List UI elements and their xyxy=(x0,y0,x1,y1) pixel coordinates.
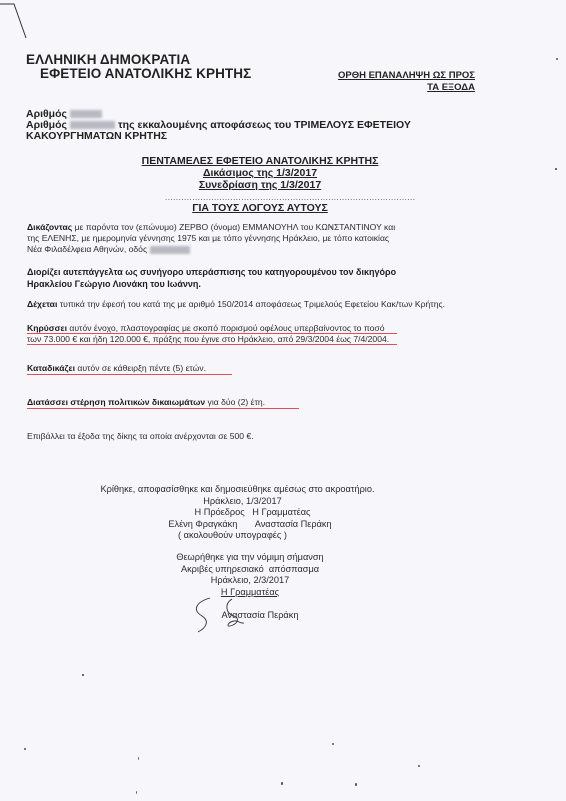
scan-speck xyxy=(138,757,139,760)
paragraph-accepts-appeal: Δέχεται τυπικά την έφεσή του κατά της με… xyxy=(27,299,445,310)
redacted-number-2 xyxy=(70,121,115,129)
scan-speck xyxy=(555,168,557,170)
sentence-text: αυτόν σε κάθειρξη πέντε (5) ετών. xyxy=(75,363,206,373)
redacted-address xyxy=(150,246,190,254)
adjudicating-line3: Νέα Φιλαδέλφεια Αθηνών, οδός xyxy=(27,244,147,254)
court-name: ΠΕΝΤΑΜΕΛΕΣ ΕΦΕΤΕΙΟ ΑΝΑΤΟΛΙΚΗΣ ΚΡΗΤΗΣ xyxy=(100,155,420,167)
adjudicating-line2: της ΕΛΕΝΗΣ, με ημερομηνία γέννησης 1975 … xyxy=(27,233,395,244)
accepts-text: τυπικά την έφεσή του κατά της με αριθμό … xyxy=(57,299,445,309)
paragraph-adjudicating: Δικάζοντας με παρόντα τον (επώνυμο) ΖΕΡΒ… xyxy=(27,222,395,255)
correction-note: ΟΡΘΗ ΕΠΑΝΑΛΗΨΗ ΩΣ ΠΡΟΣ ΤΑ ΕΞΟΔΑ xyxy=(310,70,475,94)
reference-numbers: Αριθμός Αριθμόςτης εκκαλουμένης αποφάσεω… xyxy=(26,109,411,142)
adjudicating-line1: με παρόντα τον (επώνυμο) ΖΕΡΒΟ (όνομα) Ε… xyxy=(72,222,395,232)
header-republic: ΕΛΛΗΝΙΚΗ ΔΗΜΟΚΡΑΤΙΑ xyxy=(26,52,190,67)
hearing-date: Δικάσιμος της 1/3/2017 xyxy=(100,167,420,179)
scan-speck xyxy=(281,782,283,785)
accepts-bold: Δέχεται xyxy=(27,299,57,309)
reference-line-3: ΚΑΚΟΥΡΓΗΜΑΤΩΝ ΚΡΗΤΗΣ xyxy=(26,131,411,142)
document-page: ΕΛΛΗΝΙΚΗ ΔΗΜΟΚΡΑΤΙΑ ΕΦΕΤΕΙΟ ΑΝΑΤΟΛΙΚΗΣ Κ… xyxy=(0,0,566,801)
closing-signatures-note: ( ακολουθούν υπογραφές ) xyxy=(40,530,435,542)
header-court: ΕΦΕΤΕΙΟ ΑΝΑΤΟΛΙΚΗΣ ΚΡΗΤΗΣ xyxy=(40,66,251,81)
declares-bold: Κηρύσσει xyxy=(27,323,67,333)
closing-block: Κρίθηκε, αποφασίσθηκε και δημοσιεύθηκε α… xyxy=(40,484,435,542)
redacted-number-1 xyxy=(70,110,102,118)
paragraph-appoints-counsel: Διορίζει αυτεπάγγελτα ως συνήγορο υπεράσ… xyxy=(27,266,396,290)
cert-line2: Ακριβές υπηρεσιακό απόσπασμα xyxy=(140,564,360,576)
declares-line1: αυτόν ένοχο, πλαστογραφίας με σκοπό πορι… xyxy=(67,323,385,333)
appoints-line1: Διορίζει αυτεπάγγελτα ως συνήγορο υπεράσ… xyxy=(27,266,396,278)
scan-speck xyxy=(355,783,357,786)
cert-line1: Θεωρήθηκε για την νόμιμη σήμανση xyxy=(140,552,360,564)
reasons-heading: ΓΙΑ ΤΟΥΣ ΛΟΓΟΥΣ ΑΥΤΟΥΣ xyxy=(140,202,380,214)
red-underline-guilty-2 xyxy=(27,344,397,345)
paragraph-costs: Επιβάλλει τα έξοδα της δίκης τα οποία αν… xyxy=(27,431,254,442)
red-underline-guilty-1 xyxy=(27,333,397,334)
adjudicating-bold: Δικάζοντας xyxy=(27,222,72,232)
civil-rights-bold: Διατάσσει στέρηση πολιτικών δικαιωμάτων xyxy=(27,397,205,407)
correction-note-line1: ΟΡΘΗ ΕΠΑΝΑΛΗΨΗ ΩΣ ΠΡΟΣ xyxy=(310,70,475,82)
scan-speck xyxy=(556,58,558,60)
scan-speck xyxy=(136,791,137,794)
red-underline-sentence xyxy=(27,374,232,375)
closing-roles: Η Πρόεδρος Η Γραμματέας xyxy=(40,507,435,519)
appoints-line2: Ηρακλείου Γεώργιο Λιονάκη του Ιωάννη. xyxy=(27,278,396,290)
court-block: ΠΕΝΤΑΜΕΛΕΣ ΕΦΕΤΕΙΟ ΑΝΑΤΟΛΙΚΗΣ ΚΡΗΤΗΣ Δικ… xyxy=(100,155,420,191)
sentence-bold: Καταδικάζει xyxy=(27,363,75,373)
scan-speck xyxy=(332,743,334,745)
closing-line1: Κρίθηκε, αποφασίσθηκε και δημοσιεύθηκε α… xyxy=(40,484,435,496)
closing-names: Ελένη Φραγκάκη Αναστασία Περάκη xyxy=(40,519,435,531)
cert-place-date: Ηράκλειο, 2/3/2017 xyxy=(140,575,360,587)
scan-speck xyxy=(418,765,420,767)
civil-rights-text: για δύο (2) έτη. xyxy=(205,397,265,407)
handwritten-signature-icon xyxy=(188,596,258,634)
dotted-separator: ........................................… xyxy=(165,193,415,202)
staple-mark-icon xyxy=(0,0,40,40)
scan-speck xyxy=(24,748,26,750)
closing-place-date: Ηράκλειο, 1/3/2017 xyxy=(40,496,435,508)
correction-note-line2: ΤΑ ΕΞΟΔΑ xyxy=(310,82,475,94)
scan-speck xyxy=(82,674,84,676)
red-underline-civil-rights xyxy=(27,408,299,409)
scan-speck xyxy=(330,226,332,228)
paragraph-civil-rights: Διατάσσει στέρηση πολιτικών δικαιωμάτων … xyxy=(27,397,265,408)
session-date: Συνεδρίαση της 1/3/2017 xyxy=(100,179,420,191)
paragraph-sentence: Καταδικάζει αυτόν σε κάθειρξη πέντε (5) … xyxy=(27,363,206,374)
